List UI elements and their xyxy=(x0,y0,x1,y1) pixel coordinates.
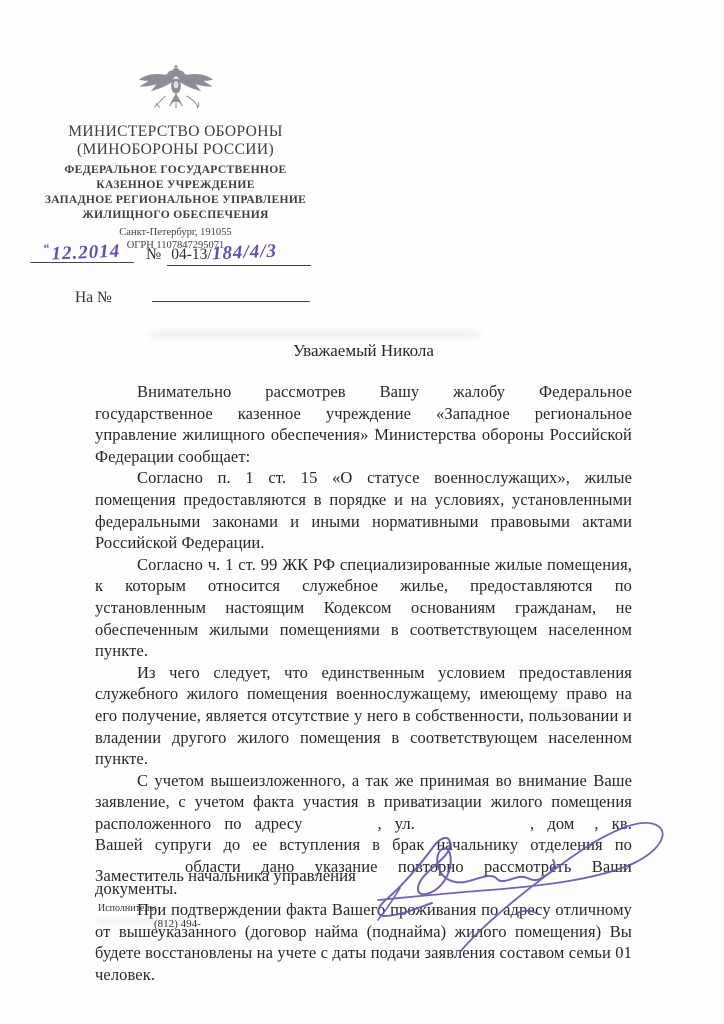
number-sign: № xyxy=(146,246,161,263)
handwritten-date: 12.2014 xyxy=(51,241,121,265)
org-address: Санкт-Петербург, 191055 xyxy=(28,227,323,240)
org-name-line5: ЗАПАДНОЕ РЕГИОНАЛЬНОЕ УПРАВЛЕНИЕ xyxy=(28,192,323,207)
body-paragraph-4: Из чего следует, что единственным услови… xyxy=(95,662,632,770)
handwritten-number: 184/4/3 xyxy=(211,241,277,266)
org-name-line4: КАЗЕННОЕ УЧРЕЖДЕНИЕ xyxy=(28,177,323,192)
reply-label: На № xyxy=(75,289,112,306)
scanned-letter-page: МИНИСТЕРСТВО ОБОРОНЫ (МИНОБОРОНЫ РОССИИ)… xyxy=(0,0,724,1024)
org-name-line1: МИНИСТЕРСТВО ОБОРОНЫ xyxy=(28,123,323,141)
executor-block: Исполнитель: (812) 494- xyxy=(98,903,201,930)
reply-ref-row: На № xyxy=(75,283,310,307)
printed-number-prefix: 04-13/ xyxy=(171,246,211,263)
org-name-line6: ЖИЛИЩНОГО ОБЕСПЕЧЕНИЯ xyxy=(28,207,323,222)
executor-phone: (812) 494- xyxy=(154,918,201,930)
handwritten-signature xyxy=(370,810,715,970)
body-paragraph-2: Согласно п. 1 ст. 15 «О статусе военносл… xyxy=(95,467,632,553)
redacted-address-blank xyxy=(302,828,377,829)
redaction-smudge xyxy=(150,330,480,339)
org-name-line3: ФЕДЕРАЛЬНОЕ ГОСУДАРСТВЕННОЕ xyxy=(28,162,323,177)
body-paragraph-1: Внимательно рассмотрев Вашу жалобу Федер… xyxy=(95,381,632,467)
mod-eagle-emblem xyxy=(137,55,215,121)
org-name-line2: (МИНОБОРОНЫ РОССИИ) xyxy=(28,141,323,159)
signer-title: Заместитель начальника управления xyxy=(95,866,356,886)
date-quote-mark: “ xyxy=(43,240,51,255)
letterhead: МИНИСТЕРСТВО ОБОРОНЫ (МИНОБОРОНЫ РОССИИ)… xyxy=(28,55,323,252)
reply-number-blank xyxy=(152,283,310,302)
date-field: “12.2014 xyxy=(30,240,134,263)
executor-label: Исполнитель: xyxy=(98,903,201,914)
body-paragraph-3: Согласно ч. 1 ст. 99 ЖК РФ специализиров… xyxy=(95,554,632,662)
outgoing-ref-row: “12.2014№04-13/184/4/3 xyxy=(30,240,390,266)
salutation: Уважаемый Никола xyxy=(95,341,632,361)
outgoing-number-field: 04-13/184/4/3 xyxy=(167,243,311,266)
